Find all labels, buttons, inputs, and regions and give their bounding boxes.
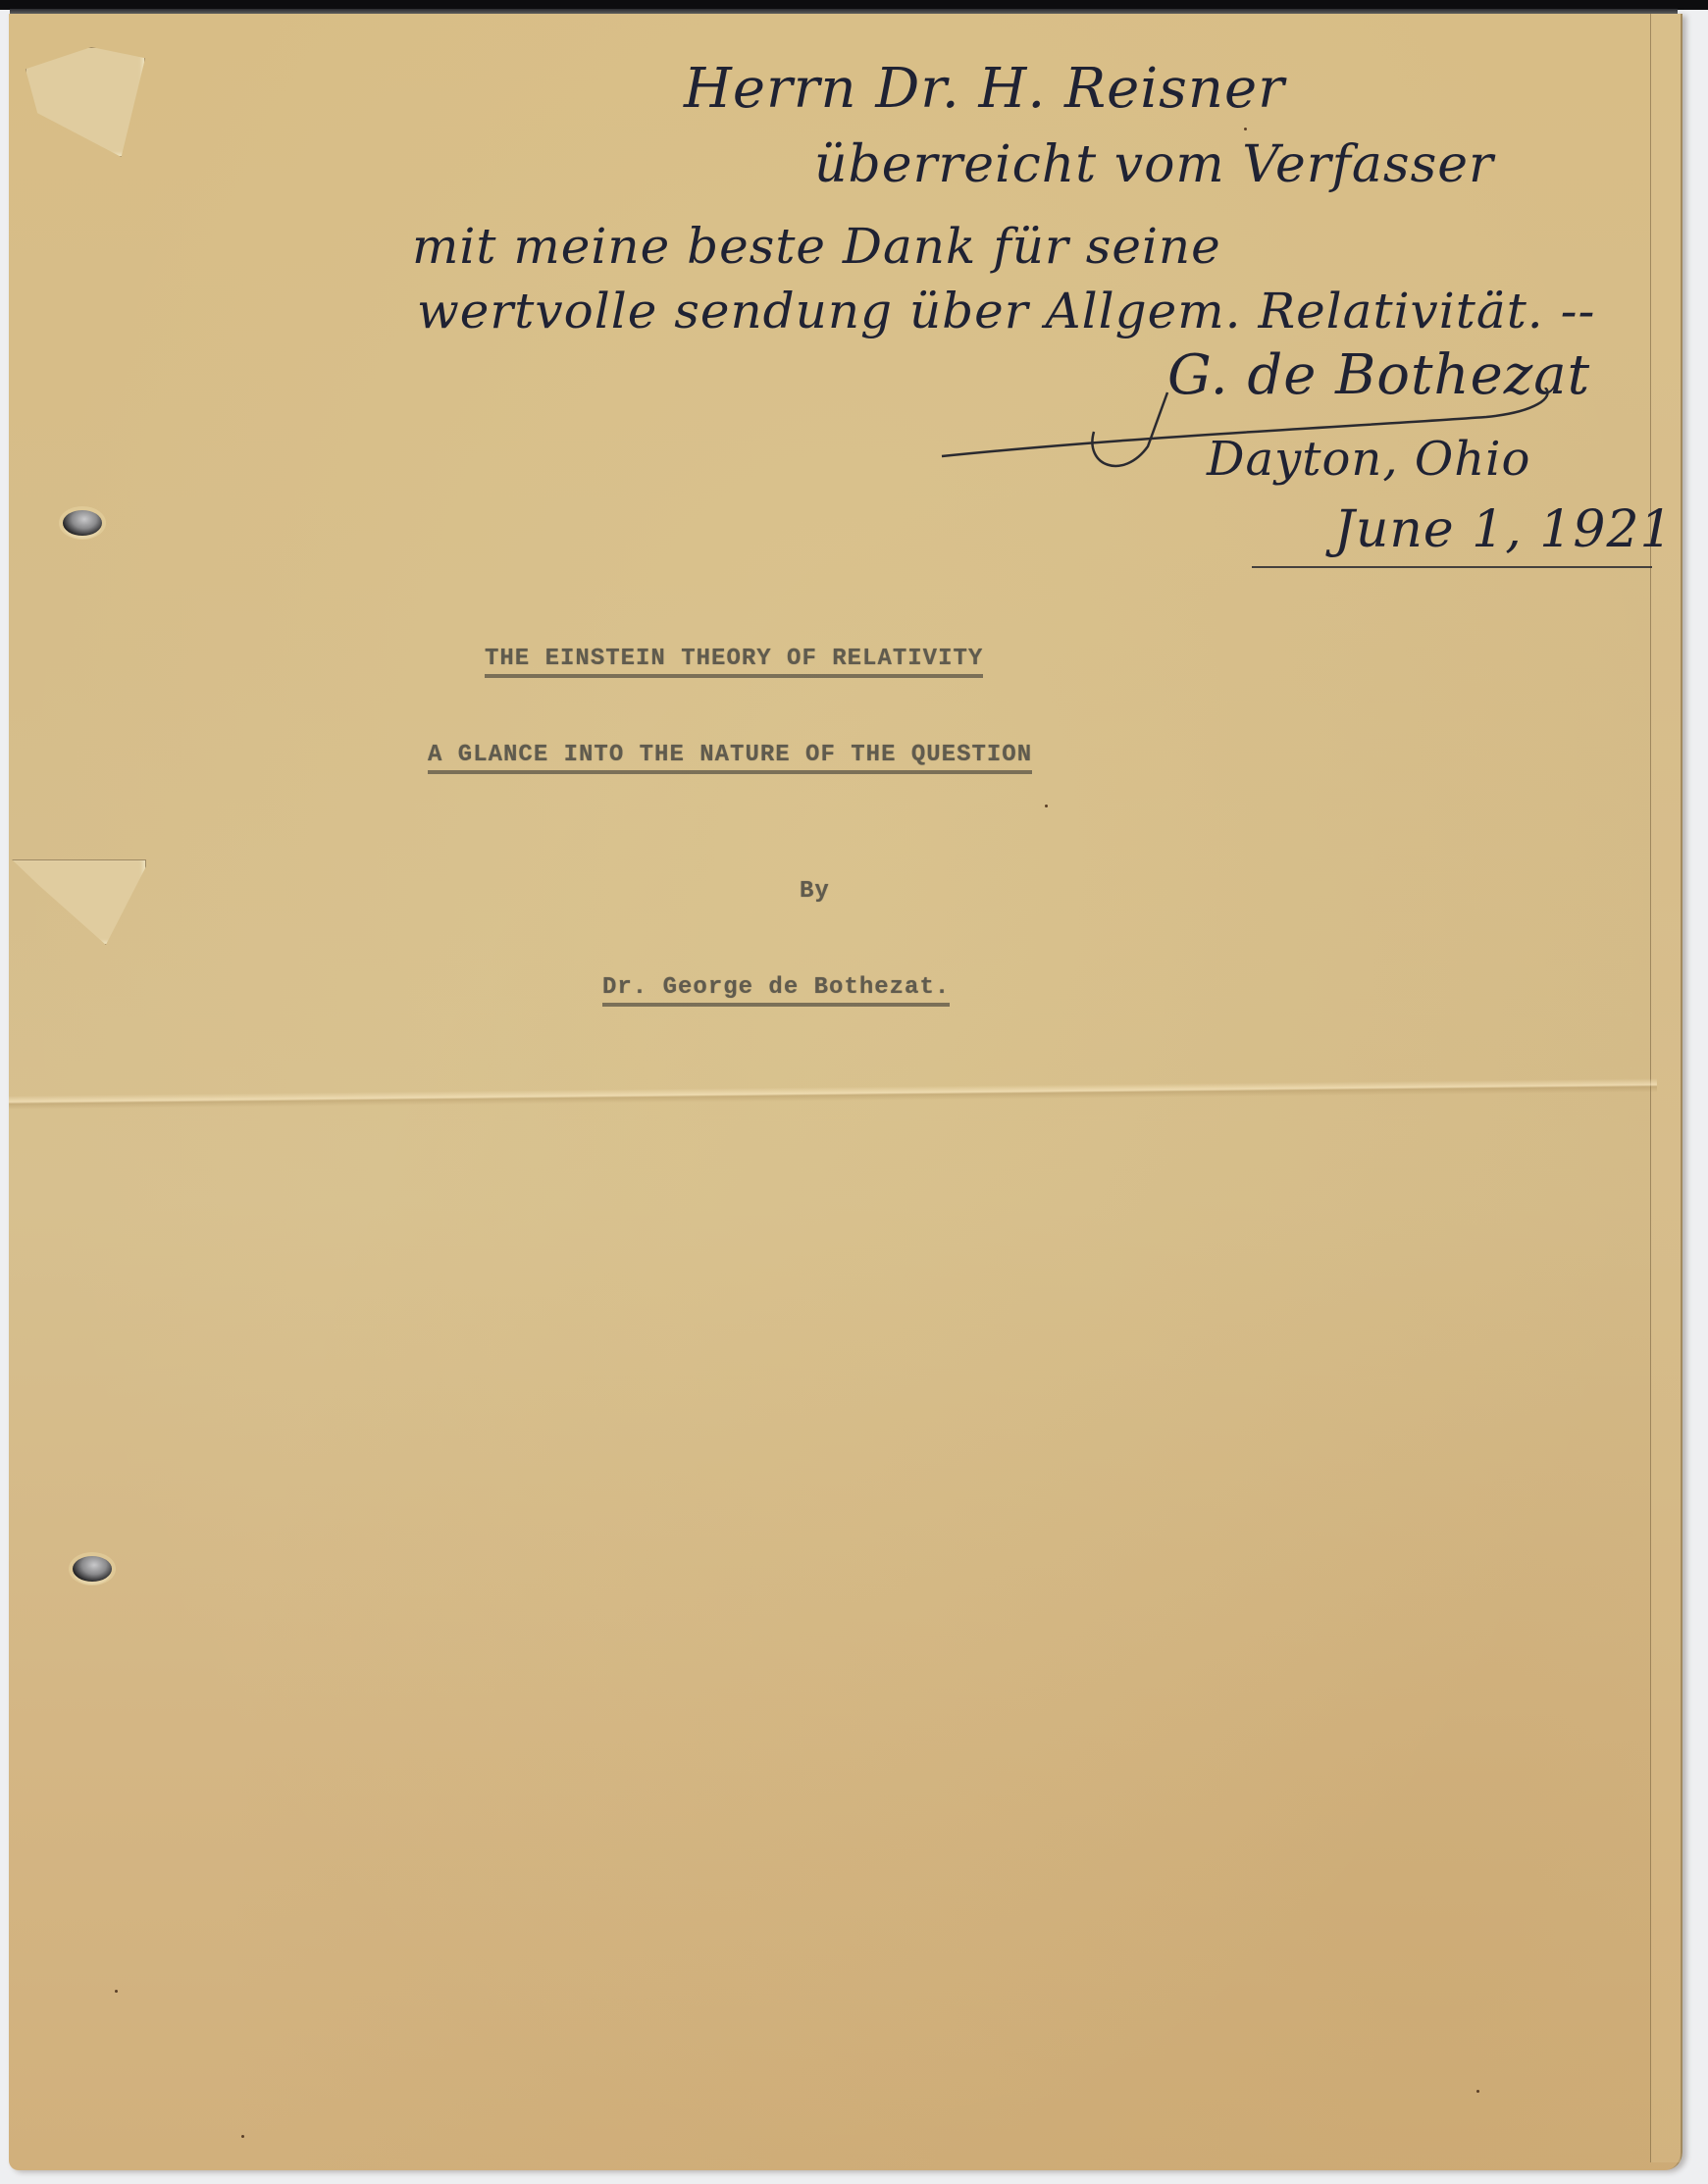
dedication-presented-by: überreicht vom Verfasser	[814, 135, 1494, 194]
paper-speck	[1476, 2090, 1479, 2093]
punch-hole-icon	[73, 1556, 112, 1582]
signature-date: June 1, 1921	[1334, 500, 1674, 559]
document-subtitle: A GLANCE INTO THE NATURE OF THE QUESTION	[428, 742, 1032, 774]
dedication-thanks-continued: wertvolle sendung über Allgem. Relativit…	[417, 283, 1595, 339]
author-name: Dr. George de Bothezat.	[602, 974, 950, 1007]
paper-speck	[1045, 805, 1048, 807]
punch-hole-icon	[63, 510, 102, 536]
paper-speck	[1244, 128, 1247, 130]
dedication-recipient: Herrn Dr. H. Reisner	[684, 57, 1285, 121]
date-underline	[1252, 566, 1652, 568]
paper-speck	[115, 1990, 118, 1993]
dedication-thanks: mit meine beste Dank für seine	[412, 218, 1221, 275]
signature-place: Dayton, Ohio	[1207, 432, 1530, 487]
document-title: THE EINSTEIN THEORY OF RELATIVITY	[485, 646, 983, 678]
paper-speck	[241, 2135, 244, 2138]
byline-label: By	[800, 878, 830, 905]
